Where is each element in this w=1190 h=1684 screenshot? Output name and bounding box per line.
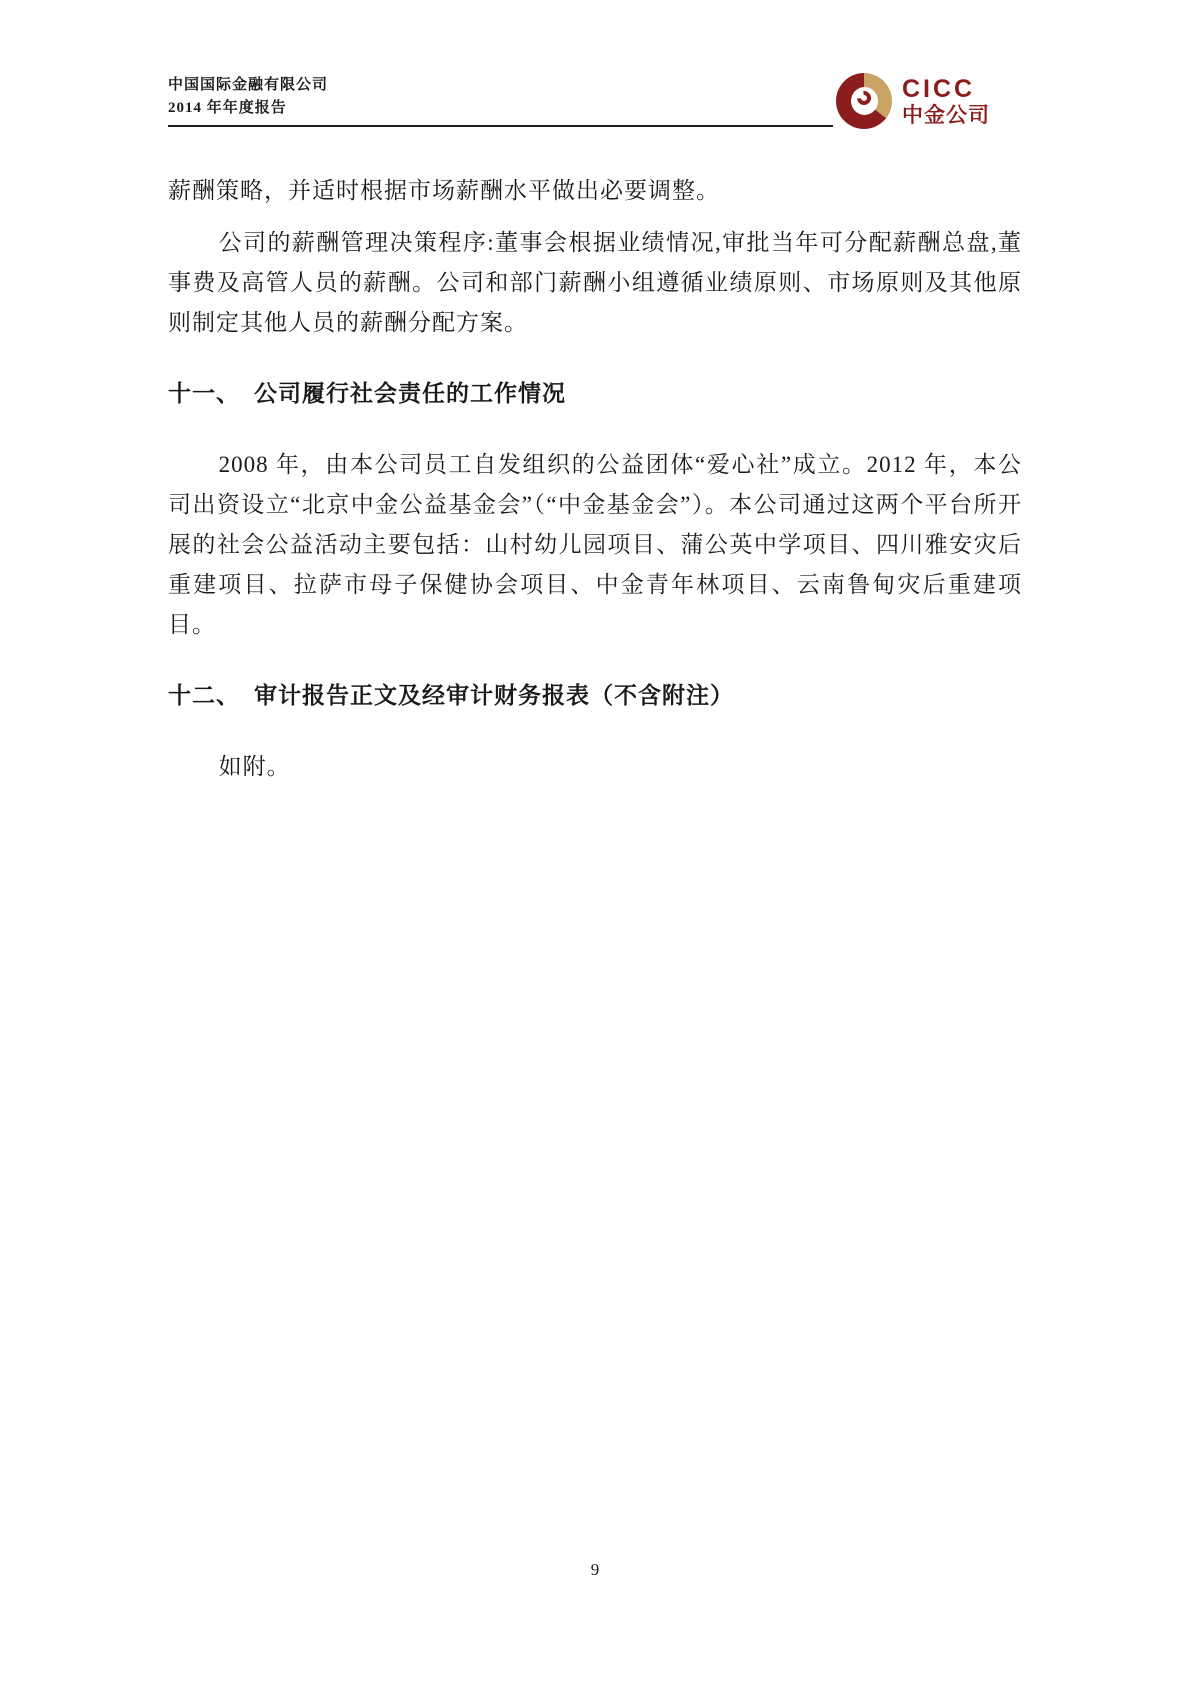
section-12-title: 审计报告正文及经审计财务报表（不含附注） bbox=[254, 683, 734, 708]
section-12-paragraph: 如附。 bbox=[168, 747, 1022, 787]
logo-swirl-icon bbox=[854, 88, 874, 108]
report-page: 中国国际金融有限公司 2014 年年度报告 CICC 中金公司 薪酬策略，并适时… bbox=[0, 0, 1190, 1684]
section-11-heading: 十一、公司履行社会责任的工作情况 bbox=[168, 379, 1022, 409]
logo-wordmark: CICC 中金公司 bbox=[902, 77, 990, 126]
report-title: 2014 年年度报告 bbox=[168, 97, 833, 119]
section-11-paragraph: 2008 年，由本公司员工自发组织的公益团体“爱心社”成立。2012 年，本公司… bbox=[168, 445, 1022, 645]
paragraph-salary-strategy: 薪酬策略，并适时根据市场薪酬水平做出必要调整。 bbox=[168, 171, 1022, 211]
paragraph-compensation-process: 公司的薪酬管理决策程序:董事会根据业绩情况,审批当年可分配薪酬总盘,董事费及高管… bbox=[168, 223, 1022, 343]
section-12-heading: 十二、审计报告正文及经审计财务报表（不含附注） bbox=[168, 681, 1022, 711]
page-footer: 9 bbox=[0, 1560, 1190, 1580]
document-body: 薪酬策略，并适时根据市场薪酬水平做出必要调整。 公司的薪酬管理决策程序:董事会根… bbox=[168, 127, 1022, 799]
logo-text-en: CICC bbox=[902, 77, 990, 102]
section-11-title: 公司履行社会责任的工作情况 bbox=[254, 381, 566, 406]
company-name: 中国国际金融有限公司 bbox=[168, 73, 833, 97]
section-11-number: 十一、 bbox=[168, 379, 240, 409]
page-number: 9 bbox=[0, 1560, 1190, 1580]
logo-swirl-center bbox=[851, 87, 878, 115]
page-header: 中国国际金融有限公司 2014 年年度报告 CICC 中金公司 bbox=[168, 73, 1022, 133]
section-12-number: 十二、 bbox=[168, 681, 240, 711]
logo-text-cn: 中金公司 bbox=[902, 105, 990, 126]
cicc-logo: CICC 中金公司 bbox=[836, 73, 990, 129]
cicc-logo-icon bbox=[836, 73, 892, 129]
header-left: 中国国际金融有限公司 2014 年年度报告 bbox=[168, 73, 833, 127]
